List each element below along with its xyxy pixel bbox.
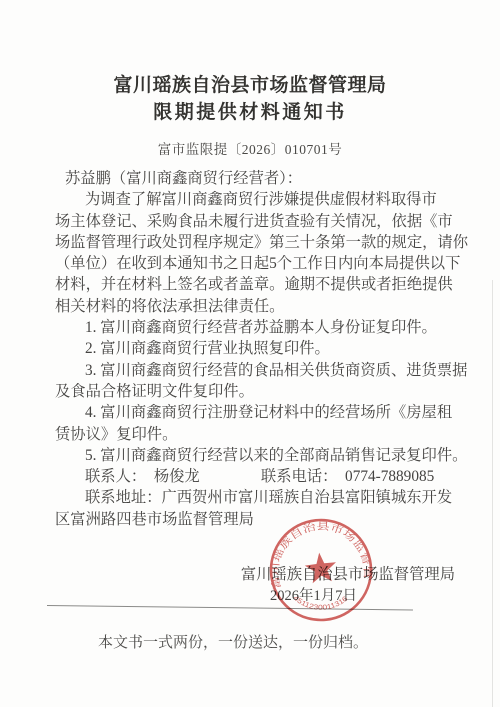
star-icon bbox=[304, 551, 338, 584]
seal-code: 4511230011316 bbox=[291, 589, 350, 614]
list-item-5: 5. 富川商鑫商贸行经营以来的全部商品销售记录复印件。 bbox=[55, 445, 459, 466]
seal-code-container: 4511230011316 bbox=[291, 589, 350, 614]
document-title: 富川瑶族自治县市场监督管理局 限期提供材料通知书 bbox=[0, 73, 500, 126]
body-line: 场主体登记、采购食品未履行进货查验有关情况，依据《市 bbox=[55, 211, 459, 232]
official-seal: 富川瑶族自治县市场监督管理局 4511230011316 bbox=[261, 510, 382, 631]
list-item-3: 3. 富川商鑫商贸行经营的食品相关供货商资质、进货票据 bbox=[55, 360, 459, 381]
addressee-line: 苏益鹏（富川商鑫商贸行经营者）： bbox=[55, 168, 459, 189]
list-item-2: 2. 富川商鑫商贸行营业执照复印件。 bbox=[55, 338, 459, 359]
address-line: 联系地址：广西贺州市富川瑶族自治县富阳镇城东开发 bbox=[55, 487, 459, 508]
page-title-line1: 富川瑶族自治县市场监督管理局 bbox=[0, 73, 500, 99]
list-item-1: 1. 富川商鑫商贸行经营者苏益鹏本人身份证复印件。 bbox=[55, 317, 459, 338]
list-item-4: 4. 富川商鑫商贸行注册登记材料中的经营场所《房屋租 bbox=[55, 402, 459, 423]
document-number: 富市监限提〔2026〕010701号 bbox=[0, 138, 500, 158]
seal-name-text-container: 富川瑶族自治县市场监督管理局 bbox=[261, 510, 376, 592]
address-line-wrap: 区富洲路四巷市场监督管理局 bbox=[55, 509, 459, 530]
body-line: 材料，并在材料上签名或者盖章。逾期不提供或者拒绝提供 bbox=[55, 274, 459, 295]
footer-note: 本文书一式两份，一份送达，一份归档。 bbox=[0, 631, 483, 652]
body-line: 相关材料的将依法承担法律责任。 bbox=[55, 296, 459, 317]
contact-line: 联系人： 杨俊龙 联系电话： 0774-7889085 bbox=[55, 466, 459, 487]
body-line: 场监督管理行政处罚程序规定》第三十条第一款的规定，请你 bbox=[55, 232, 459, 253]
signature-agency: 富川瑶族自治县市场监督管理局 bbox=[0, 562, 455, 584]
list-item-4-wrap: 赁协议》复印件。 bbox=[55, 424, 459, 445]
body-line: （单位）在收到本通知书之日起5个工作日内向本局提供以下 bbox=[55, 253, 459, 274]
official-seal-graphic: 富川瑶族自治县市场监督管理局 4511230011316 bbox=[261, 510, 382, 631]
paper-edge-shadow bbox=[492, 280, 494, 707]
document-body: 苏益鹏（富川商鑫商贸行经营者）： 为调查了解富川商鑫商贸行涉嫌提供虚假材料取得市… bbox=[55, 168, 459, 530]
document-page: 富川瑶族自治县市场监督管理局 限期提供材料通知书 富市监限提〔2026〕0107… bbox=[0, 0, 500, 707]
seal-name-text: 富川瑶族自治县市场监督管理局 bbox=[261, 510, 376, 592]
body-line: 为调查了解富川商鑫商贸行涉嫌提供虚假材料取得市 bbox=[55, 189, 459, 210]
page-title-line2: 限期提供材料通知书 bbox=[0, 99, 500, 126]
list-item-3-wrap: 及食品合格证明文件复印件。 bbox=[55, 381, 459, 402]
